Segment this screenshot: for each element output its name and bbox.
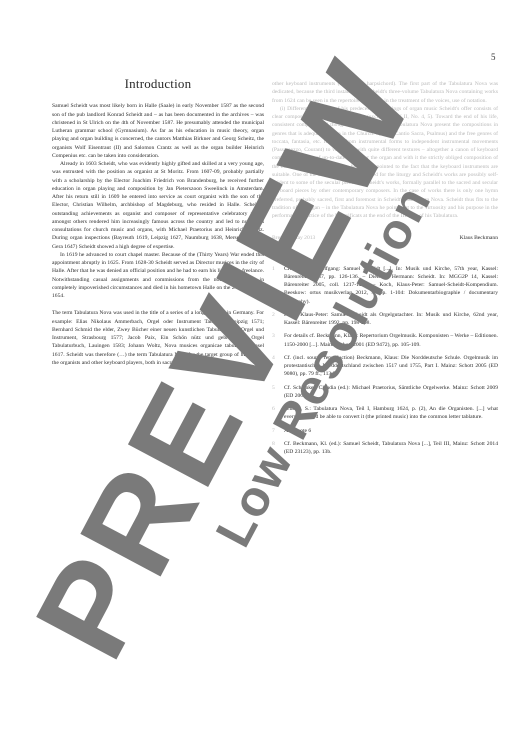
footnote: 5 Cf. Schlenker, Claudia (ed.): Michael … (272, 384, 498, 401)
footnote-text: Cf. Beckmann, Kl. (ed.): Samuel Scheidt,… (284, 440, 498, 457)
paragraph-tabulatura-term: The term Tabulatura Nova was used in the… (52, 309, 264, 367)
footnote-number: 2 (272, 311, 284, 328)
paragraph-biography-intro: Samuel Scheidt was most likely born in H… (52, 102, 264, 160)
page-number: 5 (491, 52, 496, 62)
footnote: 1 Cf. Serauky, Wolfgang: Samuel Scheidt … (272, 265, 498, 306)
footnote-number: 3 (272, 332, 284, 349)
paragraph-compositions: (i) Different from most of his predecess… (272, 105, 498, 221)
footnote-text: Cf. Schlenker, Claudia (ed.): Michael Pr… (284, 384, 498, 401)
paragraph-gap (52, 300, 264, 309)
paragraph-biography-later: In 1619 he advanced to court chapel mast… (52, 251, 264, 301)
footnote-number: 7 (272, 427, 284, 435)
footnote: 8 Cf. Beckmann, Kl. (ed.): Samuel Scheid… (272, 440, 498, 457)
signature-place-date: Bremen, May 2013 (272, 234, 315, 242)
right-column: other keyboard instruments (clavichord, … (272, 80, 498, 461)
signature: Bremen, May 2013 Klaus Beckmann (272, 234, 498, 242)
footnote-number: 4 (272, 354, 284, 379)
footnote-text: Scheidt, S.: Tabulatura Nova, Teil I, Ha… (284, 405, 498, 422)
footnote-text: Koch, Klaus-Peter: Samuel Scheidt als Or… (284, 311, 498, 328)
left-column: Introduction Samuel Scheidt was most lik… (52, 80, 264, 367)
signature-author: Klaus Beckmann (460, 234, 498, 242)
footnote-text: Cf. Serauky, Wolfgang: Samuel Scheidt [.… (284, 265, 498, 306)
paragraph-continuation: other keyboard instruments (clavichord, … (272, 80, 498, 105)
footnote-number: 1 (272, 265, 284, 306)
footnotes: 1 Cf. Serauky, Wolfgang: Samuel Scheidt … (272, 265, 498, 457)
footnote: 6 Scheidt, S.: Tabulatura Nova, Teil I, … (272, 405, 498, 422)
page-title: Introduction (52, 80, 264, 88)
footnote-text: For details cf. Beckmann, Klaus: Reperto… (284, 332, 498, 349)
footnote-number: 8 (272, 440, 284, 457)
footnote: 4 Cf. (incl. source reproduction) Beckma… (272, 354, 498, 379)
footnote-number: 5 (272, 384, 284, 401)
footnote: 7 As in note 6 (272, 427, 498, 435)
footnote-text: As in note 6 (284, 427, 498, 435)
paragraph-biography-career: Already in 1603 Scheidt, who was evident… (52, 160, 264, 251)
footnote-text: Cf. (incl. source reproduction) Beckmann… (284, 354, 498, 379)
footnote: 2 Koch, Klaus-Peter: Samuel Scheidt als … (272, 311, 498, 328)
footnote-number: 6 (272, 405, 284, 422)
footnote: 3 For details cf. Beckmann, Klaus: Reper… (272, 332, 498, 349)
